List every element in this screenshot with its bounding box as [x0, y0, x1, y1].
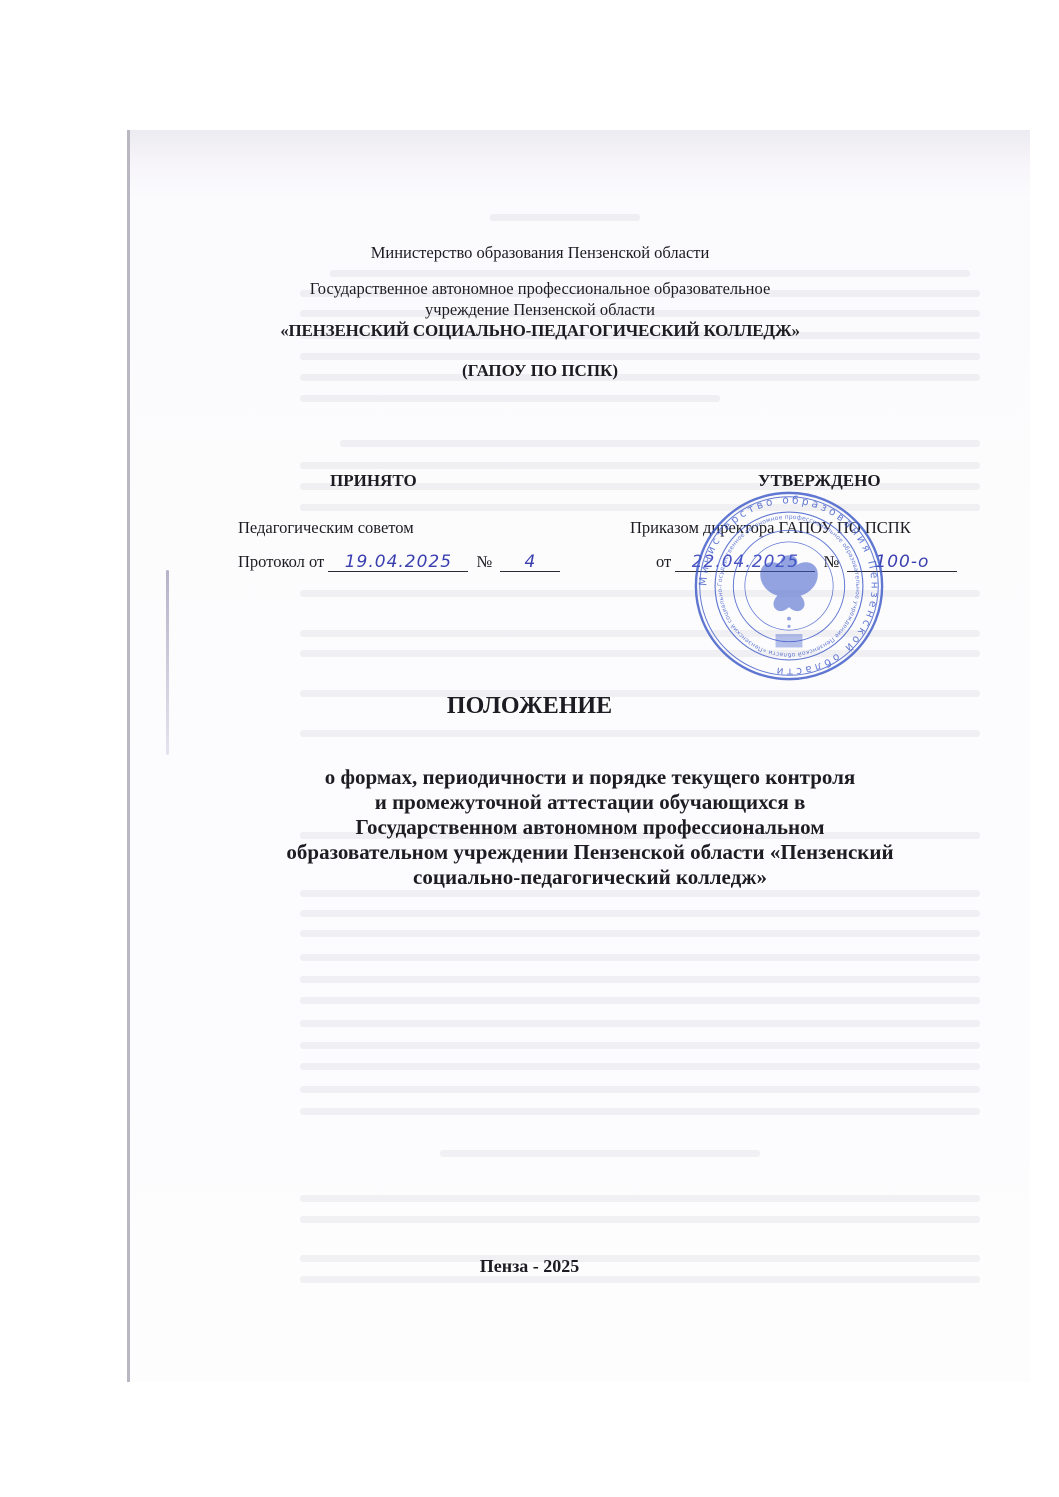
subtitle-line: и промежуточной аттестации обучающихся в: [180, 790, 1000, 815]
college-name: «ПЕНЗЕНСКИЙ СОЦИАЛЬНО-ПЕДАГОГИЧЕСКИЙ КОЛ…: [110, 321, 970, 341]
order-number-handwritten: 100-о: [847, 553, 957, 572]
order-date-handwritten: 22.04.2025: [675, 553, 815, 572]
subtitle-line: образовательном учреждении Пензенской об…: [180, 840, 1000, 865]
accepted-heading: ПРИНЯТО: [330, 471, 417, 491]
number-sign: №: [477, 552, 493, 571]
subtitle-line: социально-педагогический колледж»: [180, 865, 1000, 890]
city-year: Пенза - 2025: [0, 1256, 1059, 1277]
order-line: от 22.04.2025 № 100-о: [656, 552, 957, 572]
document-title: ПОЛОЖЕНИЕ: [0, 693, 1059, 720]
number-sign: №: [824, 552, 840, 571]
subtitle-line: Государственном автономном профессиональ…: [180, 815, 1000, 840]
protocol-label: Протокол от: [238, 552, 324, 571]
ministry-name: Министерство образования Пензенской обла…: [110, 243, 970, 263]
institution-name-line2: учреждение Пензенской области: [110, 300, 970, 320]
approved-heading: УТВЕРЖДЕНО: [758, 471, 881, 491]
college-abbreviation: (ГАПОУ ПО ПСПК): [110, 361, 970, 381]
protocol-number-handwritten: 4: [500, 553, 560, 572]
institution-name-line1: Государственное автономное профессиональ…: [110, 279, 970, 299]
subtitle-line: о формах, периодичности и порядке текуще…: [180, 765, 1000, 790]
approved-by: Приказом директора ГАПОУ ПО ПСПК: [630, 518, 911, 538]
document-subtitle: о формах, периодичности и порядке текуще…: [180, 765, 1000, 890]
order-date-label: от: [656, 552, 671, 571]
protocol-line: Протокол от 19.04.2025 № 4: [238, 552, 560, 572]
protocol-date-handwritten: 19.04.2025: [328, 553, 468, 572]
accepted-by: Педагогическим советом: [238, 518, 414, 538]
margin-pencil-mark: [166, 570, 169, 755]
